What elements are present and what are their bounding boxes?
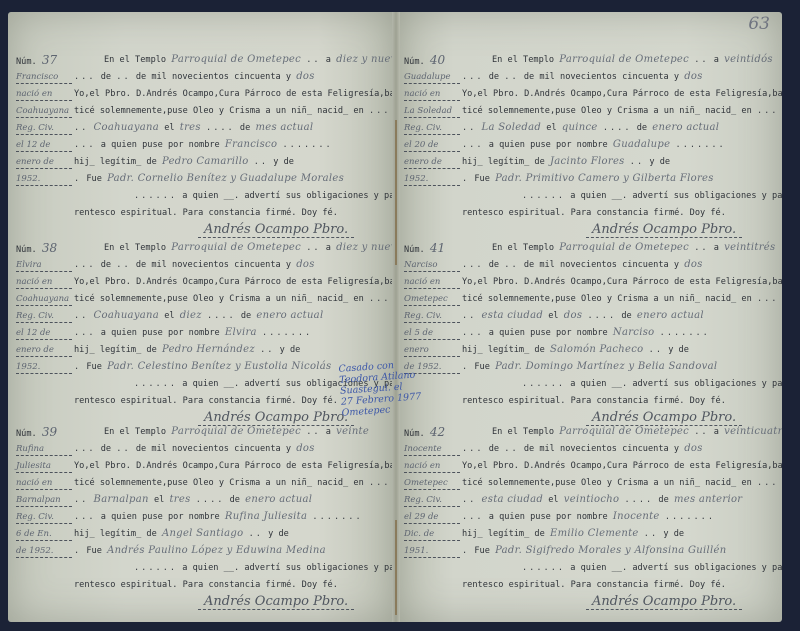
- margin-note: 6 de En.: [16, 528, 72, 541]
- right-page: 63 Núm. 40 En el Templo Parroquial de Om…: [396, 12, 782, 622]
- margin-note: La Soledad: [404, 105, 460, 118]
- year-suffix: dos: [296, 259, 314, 270]
- record-number: 41: [430, 241, 445, 255]
- margin-note: Coahuayana: [16, 293, 72, 306]
- godparents: Padr. Domingo Martínez y Belia Sandoval: [495, 361, 717, 372]
- page-number: 63: [748, 14, 770, 34]
- record-number: 39: [42, 425, 57, 439]
- margin-note: Reg. Civ.: [16, 122, 72, 135]
- year-suffix: dos: [684, 259, 702, 270]
- margin-note: Reg. Civ.: [404, 494, 460, 507]
- child-name: Francisco: [225, 139, 277, 150]
- birth-month: enero actual: [652, 122, 719, 133]
- margin-note: 1952.: [16, 173, 72, 186]
- margin-note: el 20 de: [404, 139, 460, 152]
- year-suffix: dos: [684, 71, 702, 82]
- father-name: Jacinto Flores: [550, 156, 625, 167]
- margin-note: Reg. Civ.: [16, 511, 72, 524]
- open-register-book: Núm. 37 En el Templo Parroquial de Omete…: [0, 0, 800, 631]
- margin-note: 1952.: [404, 173, 460, 186]
- marriage-annotation: Casado con Teodora Atilano Suastegui. el…: [338, 356, 452, 419]
- father-name: Pedro Camarillo: [162, 156, 249, 167]
- priest-signature: Andrés Ocampo Pbro.: [198, 222, 354, 238]
- godparents: Padr. Celestino Benítez y Eustolia Nicol…: [107, 361, 331, 372]
- baptism-day: veinte: [336, 426, 369, 437]
- birth-place: Barnalpan: [94, 494, 149, 505]
- godparents: Andrés Paulino López y Eduwina Medina: [107, 545, 326, 556]
- margin-note: Reg. Civ.: [16, 310, 72, 323]
- margin-note: nació en: [404, 276, 460, 289]
- birth-month: enero actual: [256, 310, 323, 321]
- left-page: Núm. 37 En el Templo Parroquial de Omete…: [8, 12, 396, 622]
- margin-note: enero de: [404, 156, 460, 169]
- godparents: Padr. Cornelio Benítez y Guadalupe Moral…: [107, 173, 344, 184]
- priest-signature: Andrés Ocampo Pbro.: [586, 594, 742, 610]
- godparents: Padr. Primitivo Camero y Gilberta Flores: [495, 173, 714, 184]
- margin-note: Guadalupe: [404, 71, 460, 84]
- binding-stitch: [395, 520, 397, 615]
- child-name: Guadalupe: [613, 139, 670, 150]
- margin-note: Reg. Civ.: [404, 122, 460, 135]
- margin-note: Reg. Civ.: [404, 310, 460, 323]
- margin-note: Inocente: [404, 443, 460, 456]
- record-number: 42: [430, 425, 445, 439]
- godparents: Padr. Sigifredo Morales y Alfonsina Guil…: [495, 545, 726, 556]
- margin-note: el 12 de: [16, 327, 72, 340]
- birth-day: diez: [180, 310, 202, 321]
- child-name: Narciso: [613, 327, 655, 338]
- margin-note: Narciso: [404, 259, 460, 272]
- year-suffix: dos: [296, 71, 314, 82]
- year-suffix: dos: [296, 443, 314, 454]
- baptism-day: diez y nueve: [336, 54, 396, 65]
- baptism-day: veintidós: [724, 54, 773, 65]
- birth-day: veintiocho: [564, 494, 620, 505]
- margin-note: Francisco: [16, 71, 72, 84]
- margin-note: nació en: [16, 477, 72, 490]
- margin-note: el 5 de: [404, 327, 460, 340]
- father-name: Angel Santiago: [162, 528, 243, 539]
- birth-place: esta ciudad: [482, 310, 544, 321]
- birth-month: enero actual: [637, 310, 704, 321]
- margin-note: nació en: [404, 88, 460, 101]
- margin-note: 1951.: [404, 545, 460, 558]
- birth-month: mes actual: [255, 122, 313, 133]
- margin-note: Ometepec: [404, 293, 460, 306]
- baptism-day: diez y nueve: [336, 242, 396, 253]
- margin-note: nació en: [16, 88, 72, 101]
- margin-note: enero: [404, 344, 460, 357]
- child-name: Rufina Juliesita: [225, 511, 307, 522]
- year-suffix: dos: [684, 443, 702, 454]
- father-name: Pedro Hernández: [162, 344, 255, 355]
- margin-note: 1952.: [16, 361, 72, 374]
- temple-name: Parroquial de Ometepec: [559, 54, 689, 65]
- margin-note: enero de: [16, 156, 72, 169]
- child-name: Inocente: [613, 511, 660, 522]
- margin-note: Juliesita: [16, 460, 72, 473]
- margin-note: Barnalpan: [16, 494, 72, 507]
- father-name: Salomón Pacheco: [550, 344, 643, 355]
- temple-name: Parroquial de Ometepec: [171, 426, 301, 437]
- birth-day: dos: [564, 310, 582, 321]
- birth-place: La Soledad: [482, 122, 542, 133]
- priest-signature: Andrés Ocampo Pbro.: [198, 594, 354, 610]
- margin-note: el 12 de: [16, 139, 72, 152]
- temple-name: Parroquial de Ometepec: [171, 54, 301, 65]
- margin-note: nació en: [16, 276, 72, 289]
- margin-note: Dic. de: [404, 528, 460, 541]
- margin-note: nació en: [404, 460, 460, 473]
- record-number: 38: [42, 241, 57, 255]
- margin-note: Elvira: [16, 259, 72, 272]
- birth-month: mes anterior: [674, 494, 742, 505]
- priest-signature: Andrés Ocampo Pbro.: [586, 222, 742, 238]
- birth-place: esta ciudad: [482, 494, 544, 505]
- margin-note: Rufina: [16, 443, 72, 456]
- father-name: Emilio Clemente: [550, 528, 639, 539]
- margin-note: el 29 de: [404, 511, 460, 524]
- birth-day: quince: [562, 122, 598, 133]
- birth-day: tres: [180, 122, 201, 133]
- margin-note: de 1952.: [16, 545, 72, 558]
- birth-place: Coahuayana: [94, 310, 160, 321]
- margin-note: enero de: [16, 344, 72, 357]
- record-number: 40: [430, 53, 445, 67]
- temple-name: Parroquial de Ometepec: [559, 426, 689, 437]
- binding-stitch: [395, 120, 397, 265]
- baptism-day: veintitrés: [724, 242, 775, 253]
- child-name: Elvira: [225, 327, 257, 338]
- record-number: 37: [42, 53, 57, 67]
- temple-name: Parroquial de Ometepec: [559, 242, 689, 253]
- birth-day: tres: [169, 494, 190, 505]
- baptism-day: veinticuatro: [724, 426, 782, 437]
- margin-note: Ometepec: [404, 477, 460, 490]
- birth-place: Coahuayana: [94, 122, 160, 133]
- margin-note: Coahuayana: [16, 105, 72, 118]
- temple-name: Parroquial de Ometepec: [171, 242, 301, 253]
- birth-month: enero actual: [245, 494, 312, 505]
